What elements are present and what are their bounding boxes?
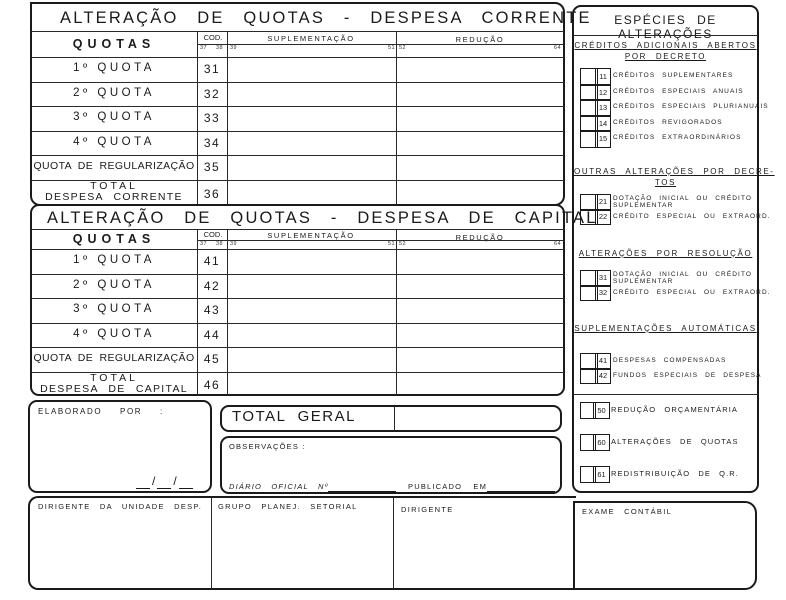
quota-code: 31 (197, 62, 227, 76)
reducao-field[interactable] (397, 275, 563, 298)
quota-row: QUOTA DE REGULARIZAÇÃO45 (31, 347, 564, 372)
suplementacao-field[interactable] (228, 83, 395, 106)
quota-label: 4º QUOTA (31, 136, 197, 148)
quota-row: TOTAL DESPESA DE CAPITAL46 (31, 372, 564, 399)
observacoes-field[interactable] (226, 452, 556, 474)
especies-group-heading: SUPLEMENTAÇÕES AUTOMÁTICAS (574, 323, 757, 334)
signature-exame-contabil-field[interactable] (578, 518, 750, 586)
suplementacao-field[interactable] (228, 132, 395, 155)
total-geral-label: TOTAL GERAL (232, 408, 356, 425)
quota-row: 4º QUOTA44 (31, 323, 564, 348)
especies-title: ESPÉCIES DE ALTERAÇÕES (574, 13, 757, 41)
suplementacao-field[interactable] (228, 348, 395, 371)
especies-group-heading: ALTERAÇÕES POR RESOLUÇÃO (574, 248, 757, 259)
especies-item-text: REDISTRIBUIÇÃO DE Q.R. (611, 470, 739, 477)
quota-label: 2º QUOTA (31, 279, 197, 291)
elaborado-date-field[interactable]: / / (136, 474, 200, 488)
publicado-em-label: PUBLICADO EM (408, 482, 487, 491)
especies-item-text: CRÉDITOS EXTRAORDINÁRIOS (613, 134, 742, 141)
quota-row: 3º QUOTA33 (31, 106, 564, 131)
quota-row: 3º QUOTA43 (31, 298, 564, 323)
reducao-field[interactable] (397, 156, 563, 179)
signature-dirigente-field[interactable] (397, 516, 569, 586)
quota-label: TOTAL DESPESA DE CAPITAL (31, 373, 197, 395)
quota-code: 44 (197, 328, 227, 342)
especies-item-text: CRÉDITOS SUPLEMENTARES (613, 72, 733, 79)
suplementacao-header: SUPLEMENTAÇÃO (228, 34, 394, 43)
quota-label: QUOTA DE REGULARIZAÇÃO (31, 160, 197, 172)
quota-label: QUOTA DE REGULARIZAÇÃO (31, 352, 197, 364)
especies-item-text: DOTAÇÃO INICIAL OU CRÉDITO SUPLEMENTAR (613, 271, 752, 285)
quota-code: 36 (197, 187, 227, 201)
reducao-field[interactable] (397, 58, 563, 81)
quota-label: 1º QUOTA (31, 254, 197, 266)
especies-item-text: ALTERAÇÕES DE QUOTAS (611, 438, 739, 445)
especies-item-text: CRÉDITOS ESPECIAIS ANUAIS (613, 88, 744, 95)
especies-code: 50 (593, 402, 610, 419)
quota-row: QUOTA DE REGULARIZAÇÃO35 (31, 155, 564, 180)
quota-row: 2º QUOTA32 (31, 82, 564, 107)
cod-header: COD. (199, 33, 227, 42)
suplementacao-field[interactable] (228, 58, 395, 81)
especies-item-text: CRÉDITOS REVIGORADOS (613, 119, 723, 126)
especies-code: 60 (593, 434, 610, 451)
quota-label: TOTAL DESPESA CORRENTE (31, 181, 197, 203)
especies-code: 32 (595, 285, 611, 302)
especies-code: 22 (595, 209, 611, 226)
quota-label: 3º QUOTA (31, 111, 197, 123)
signature-dirigente-unidade-field[interactable] (32, 514, 207, 586)
despesa-corrente-title: ALTERAÇÃO DE QUOTAS - DESPESA CORRENTE (60, 9, 592, 28)
suplementacao-field[interactable] (228, 107, 395, 130)
signature-exame-contabil-label: EXAME CONTÁBIL (582, 507, 672, 516)
suplementacao-field[interactable] (228, 250, 395, 273)
especies-item-text: CRÉDITOS ESPECIAIS PLURIANUAIS (613, 103, 769, 110)
suplementacao-field[interactable] (228, 275, 395, 298)
quota-code: 32 (197, 87, 227, 101)
reducao-field[interactable] (397, 181, 563, 207)
especies-item-text: DESPESAS COMPENSADAS (613, 357, 726, 364)
quota-code: 45 (197, 352, 227, 366)
especies-code: 42 (595, 368, 611, 385)
reducao-field[interactable] (397, 107, 563, 130)
especies-item-text: CRÉDITO ESPECIAL OU EXTRAORD. (613, 213, 771, 220)
quota-row: 2º QUOTA42 (31, 274, 564, 299)
observacoes-label: OBSERVAÇÕES : (229, 442, 306, 451)
quota-row: 1º QUOTA31 (31, 57, 564, 82)
quota-label: 2º QUOTA (31, 87, 197, 99)
quota-label: 1º QUOTA (31, 62, 197, 74)
reducao-field[interactable] (397, 299, 563, 322)
especies-code: 61 (593, 466, 610, 483)
quota-code: 33 (197, 111, 227, 125)
reducao-field[interactable] (397, 324, 563, 347)
quota-label: 3º QUOTA (31, 303, 197, 315)
reducao-field[interactable] (397, 132, 563, 155)
reducao-field[interactable] (397, 348, 563, 371)
quota-code: 34 (197, 136, 227, 150)
reducao-field[interactable] (397, 373, 563, 398)
suplementacao-header-capital: SUPLEMENTAÇÃO (228, 231, 394, 240)
especies-group-heading: CRÉDITOS ADICIONAIS ABERTOS POR DECRETO (574, 40, 757, 62)
signature-grupo-planej-field[interactable] (214, 514, 389, 586)
quotas-header: QUOTAS (31, 37, 197, 51)
diario-oficial-label: DIÁRIO OFICIAL Nº (229, 482, 329, 491)
suplementacao-field[interactable] (228, 299, 395, 322)
despesa-capital-title: ALTERAÇÃO DE QUOTAS - DESPESA DE CAPITAL (47, 209, 598, 228)
total-geral-value-field[interactable] (396, 407, 556, 429)
quota-row: 4º QUOTA34 (31, 131, 564, 156)
cod-header-capital: COD. (199, 230, 227, 239)
quota-row: 1º QUOTA41 (31, 249, 564, 274)
signature-grupo-planej-label: GRUPO PLANEJ. SETORIAL (218, 502, 358, 511)
suplementacao-field[interactable] (228, 181, 395, 207)
reducao-field[interactable] (397, 250, 563, 273)
suplementacao-field[interactable] (228, 156, 395, 179)
quota-code: 35 (197, 160, 227, 174)
signature-dirigente-unidade-label: DIRIGENTE DA UNIDADE DESP. (38, 502, 202, 511)
quota-code: 46 (197, 378, 227, 392)
quota-code: 41 (197, 254, 227, 268)
especies-item-text: REDUÇÃO ORÇAMENTÁRIA (611, 406, 738, 413)
quota-label: 4º QUOTA (31, 328, 197, 340)
elaborado-label: ELABORADO POR : (38, 407, 164, 416)
especies-item-text: FUNDOS ESPECIAIS DE DESPESA (613, 372, 762, 379)
quotas-header-capital: QUOTAS (31, 232, 197, 246)
especies-code: 15 (595, 130, 611, 148)
diario-oficial-field[interactable] (328, 482, 396, 492)
especies-item-text: CRÉDITO ESPECIAL OU EXTRAORD. (613, 289, 771, 296)
signature-dirigente-label: DIRIGENTE (401, 505, 454, 514)
publicado-em-field[interactable] (487, 482, 555, 492)
suplementacao-field[interactable] (228, 324, 395, 347)
quota-code: 43 (197, 303, 227, 317)
especies-item-text: DOTAÇÃO INICIAL OU CRÉDITO SUPLEMENTAR (613, 195, 752, 209)
reducao-field[interactable] (397, 83, 563, 106)
quota-code: 42 (197, 279, 227, 293)
especies-group-heading: OUTRAS ALTERAÇÕES POR DECRE- TOS (574, 166, 757, 188)
suplementacao-field[interactable] (228, 373, 395, 398)
reducao-header: REDUÇÃO (397, 35, 563, 44)
